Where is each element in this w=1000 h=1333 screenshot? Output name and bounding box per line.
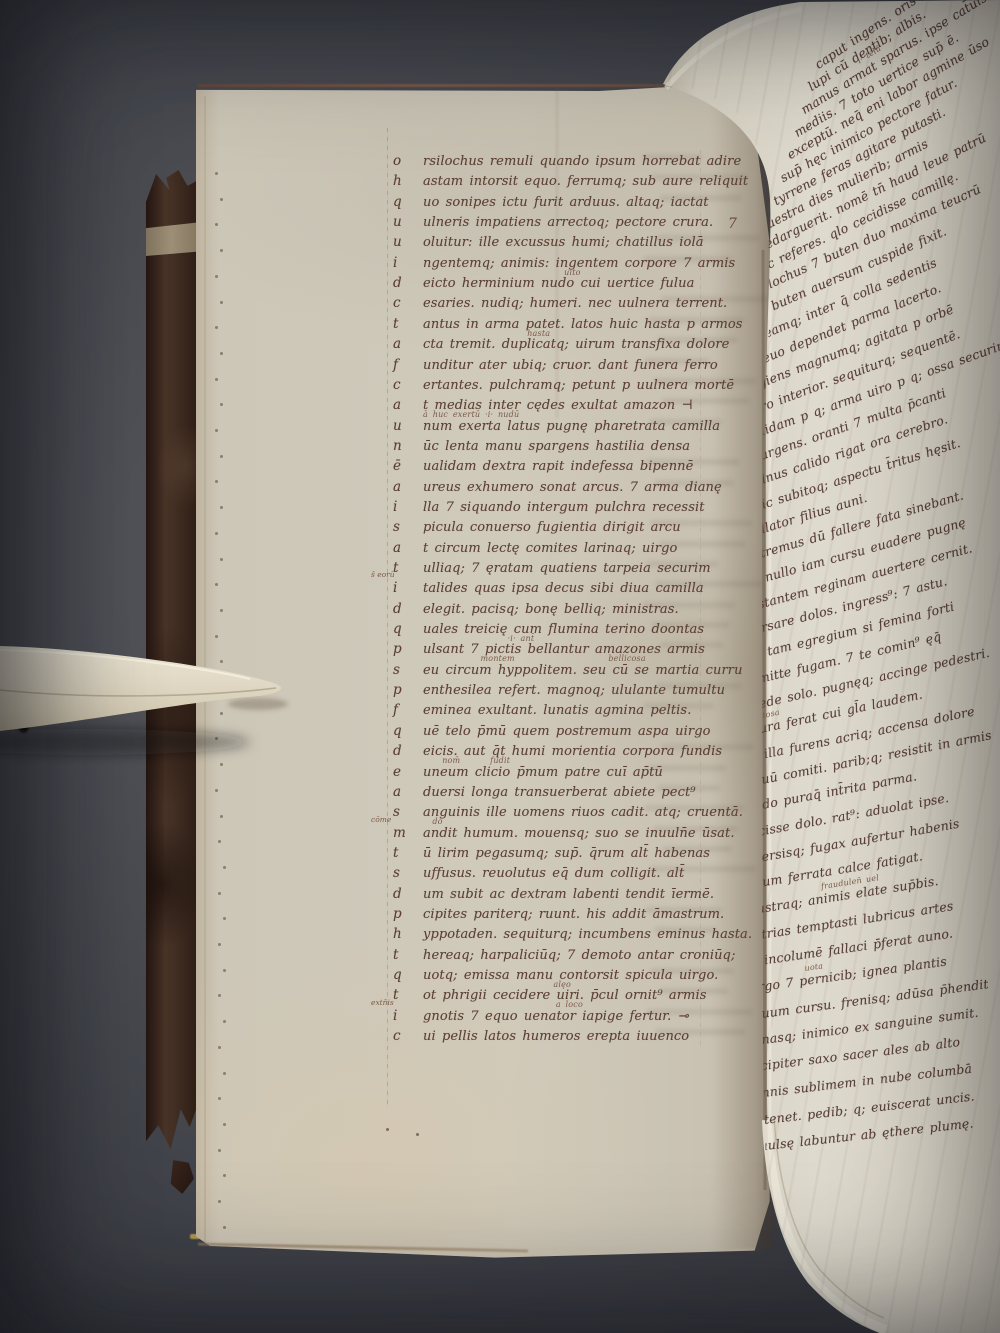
bone-folder-tip-shadow <box>228 698 288 710</box>
bone-folder <box>0 630 320 780</box>
manuscript-photo-scene: orsilochus remuli quando ipsum horrebat … <box>0 0 1000 1333</box>
interlinear-gloss: uota <box>804 962 824 973</box>
bone-folder-shadow <box>0 729 250 755</box>
